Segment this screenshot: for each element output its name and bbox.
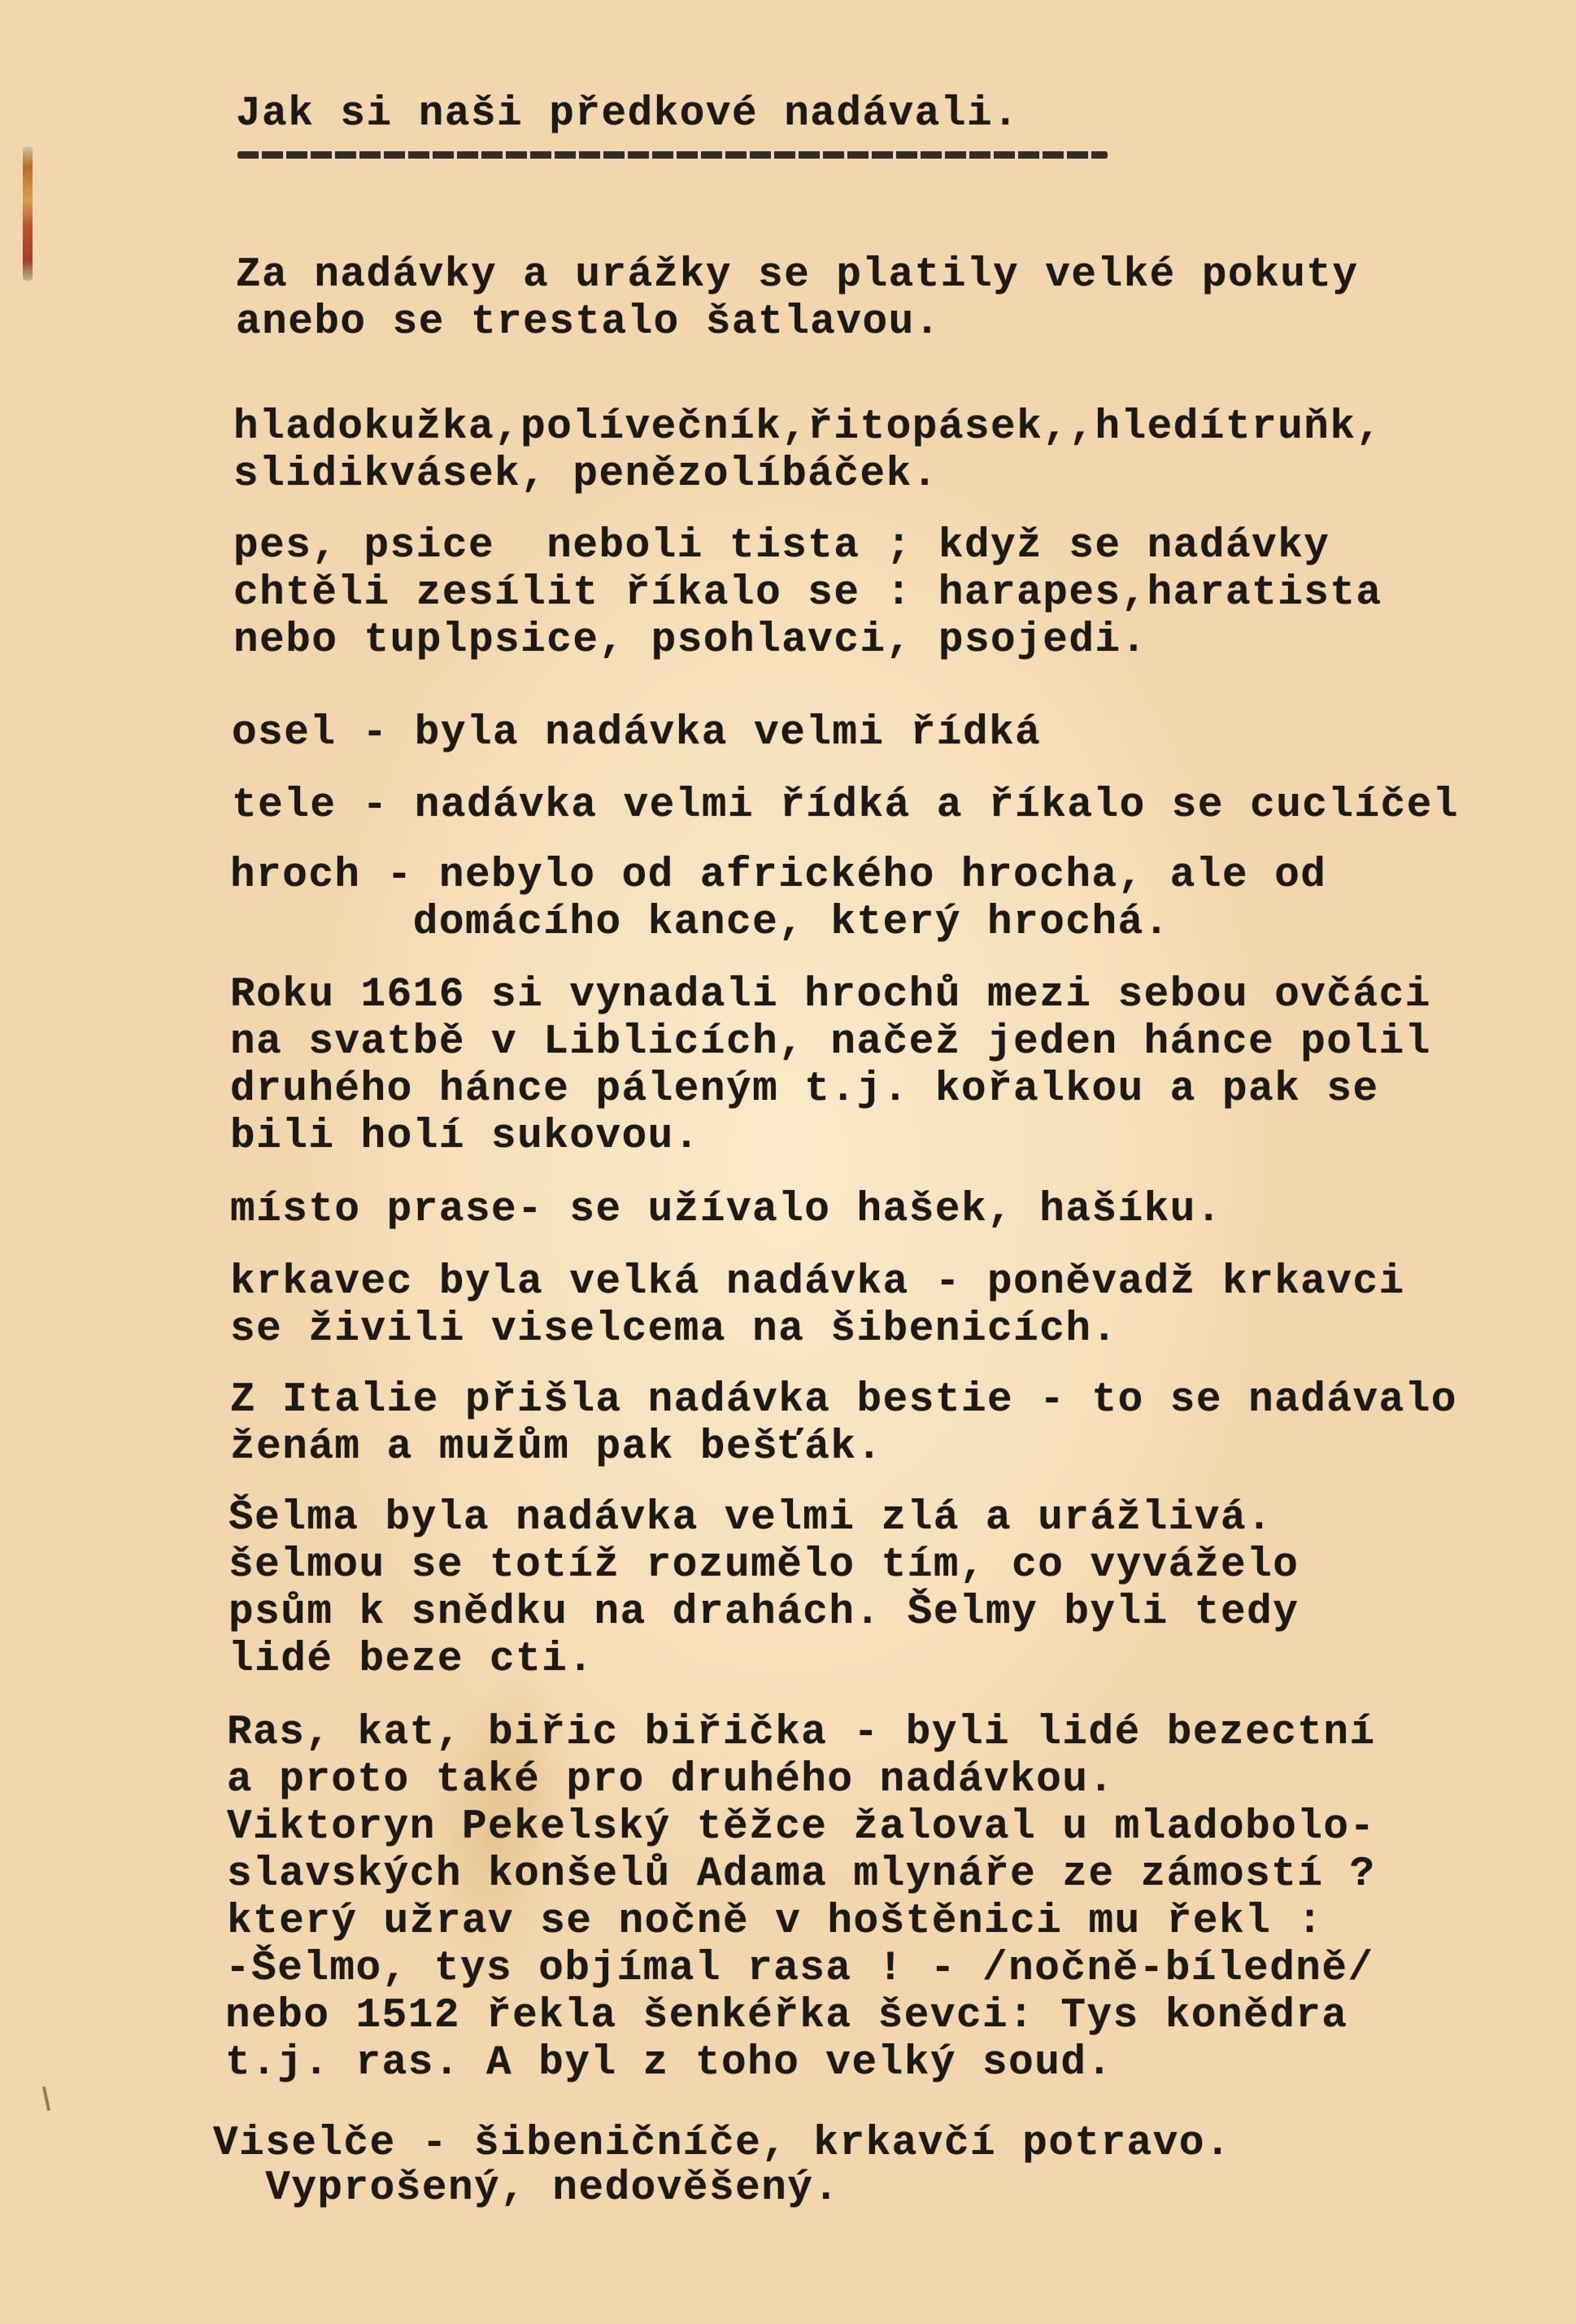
paragraph-line: Za nadávky a urážky se platily velké pok… <box>236 252 1359 299</box>
paragraph-line: ženám a mužům pak bešťák. <box>230 1424 883 1472</box>
paragraph-line: se živili viselcema na šibenicích. <box>230 1306 1118 1354</box>
paragraph-line: hroch - nebylo od afrického hrocha, ale … <box>230 852 1326 900</box>
paragraph-line: bili holí sukovou. <box>230 1114 700 1161</box>
paragraph-line: který užrav se nočně v hoštěnici mu řekl… <box>227 1899 1323 1946</box>
paragraph-line: druhého hánce páleným t.j. kořalkou a pa… <box>230 1066 1379 1114</box>
paragraph-line: osel - byla nadávka velmi řídká <box>232 710 1041 757</box>
paragraph-line: šelmou se totíž rozumělo tím, co vyvážel… <box>229 1542 1299 1589</box>
paragraph-line: krkavec byla velká nadávka - poněvadž kr… <box>230 1259 1405 1306</box>
paragraph-line: místo prase- se užívalo hašek, hašíku. <box>230 1187 1222 1234</box>
paragraph-line: Ras, kat, biřic biřička - byli lidé beze… <box>227 1710 1376 1757</box>
paragraph-line: Z Italie přišla nadávka bestie - to se n… <box>230 1377 1457 1424</box>
paragraph-line: Šelma byla nadávka velmi zlá a urážlivá. <box>229 1495 1273 1542</box>
paragraph-line: a proto také pro druhého nadávkou. <box>227 1757 1115 1804</box>
paragraph-line: psům k snědku na drahách. Šelmy byli ted… <box>229 1589 1299 1637</box>
document-title: Jak si naši předkové nadávali. <box>236 91 1019 138</box>
paragraph-line: Roku 1616 si vynadali hrochů mezi sebou … <box>230 972 1431 1019</box>
typewritten-document: Jak si naši předkové nadávali. Za nadávk… <box>0 0 1576 2324</box>
paragraph-line: -Šelmo, tys objímal rasa ! - /nočně-bíle… <box>225 1946 1374 1993</box>
paragraph-line: Viktoryn Pekelský těžce žaloval u mladob… <box>227 1804 1376 1851</box>
paragraph-line: pes, psice neboli tista ; když se nadávk… <box>233 523 1330 570</box>
paragraph-line: slavských konšelů Adama mlynáře ze zámos… <box>227 1851 1376 1899</box>
paragraph-line: tele - nadávka velmi řídká a říkalo se c… <box>232 783 1459 830</box>
title-underline <box>237 151 1108 159</box>
paragraph-line: domácího kance, který hrochá. <box>230 900 1170 947</box>
paragraph-line: hladokužka,polívečník,řitopásek,,hledítr… <box>233 404 1382 451</box>
paragraph-line: chtěli zesílit říkalo se : harapes,harat… <box>233 570 1382 617</box>
paragraph-line: slidikvásek, penězolíbáček. <box>233 451 938 499</box>
paragraph-line: lidé beze cti. <box>229 1637 594 1684</box>
paragraph-line: anebo se trestalo šatlavou. <box>236 299 941 347</box>
paragraph-line: t.j. ras. A byl z toho velký soud. <box>225 2040 1113 2087</box>
paragraph-line: Vyprošený, nedověšený. <box>213 2165 840 2213</box>
paragraph-line: nebo tuplpsice, psohlavci, psojedi. <box>233 617 1147 665</box>
paragraph-line: Viselče - šibeničníče, krkavčí potravo. <box>213 2121 1231 2168</box>
paragraph-line: na svatbě v Liblicích, načež jeden hánce… <box>230 1019 1431 1066</box>
paragraph-line: nebo 1512 řekla šenkéřka ševci: Tys koně… <box>225 1993 1348 2040</box>
